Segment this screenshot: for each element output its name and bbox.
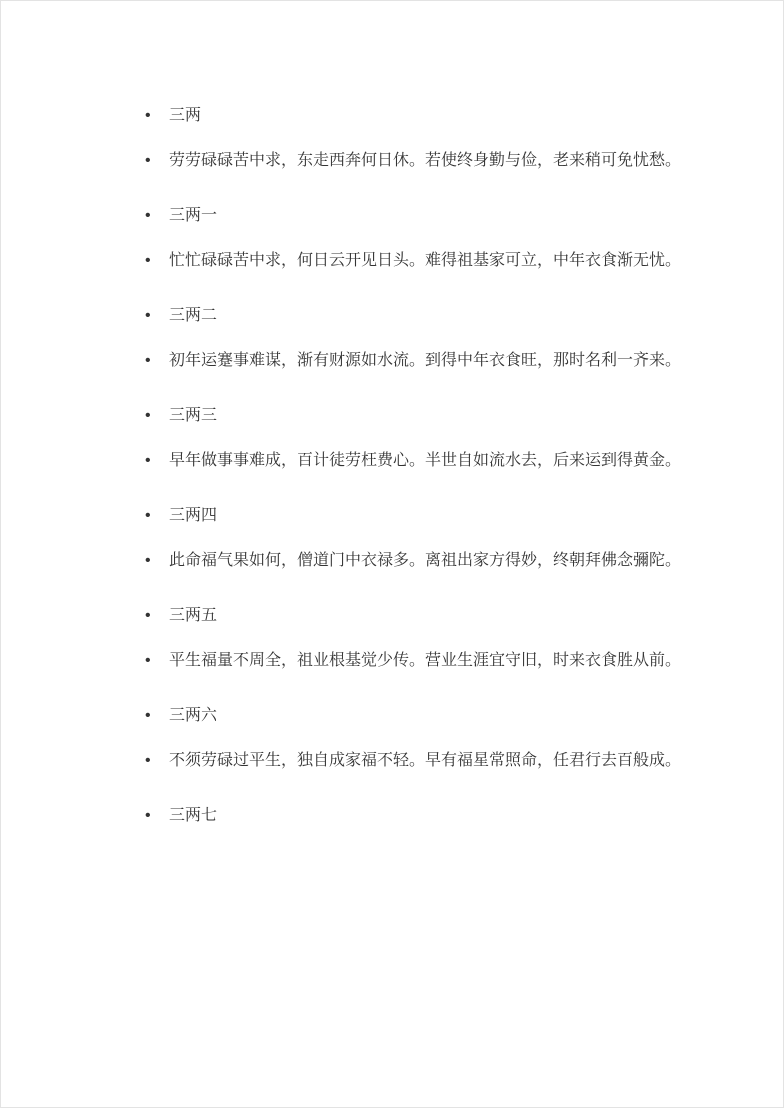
entry-verse: 此命福气果如何，僧道门中衣禄多。离祖出家方得妙，终朝拜佛念彌陀。 [169,552,681,569]
bullet-icon: • [145,650,161,671]
entry-verse: 初年运蹇事难谋，渐有财源如水流。到得中年衣食旺，那时名利一齐来。 [169,352,681,369]
entry-verse-row: • 忙忙碌碌苦中求，何日云开见日头。难得祖基家可立，中年衣食渐无忧。 [143,250,743,271]
entry-verse-row: • 劳劳碌碌苦中求，东走西奔何日休。若使终身勤与俭，老来稍可免忧愁。 [143,150,743,171]
bullet-icon: • [145,350,161,371]
fortune-entry: • 三两 • 劳劳碌碌苦中求，东走西奔何日休。若使终身勤与俭，老来稍可免忧愁。 [143,105,743,171]
bullet-icon: • [145,205,161,226]
entry-heading: 三两三 [169,407,217,424]
entry-heading-row: • 三两五 [143,605,743,626]
bullet-icon: • [145,150,161,171]
entry-heading-row: • 三两二 [143,305,743,326]
entry-heading-row: • 三两六 [143,705,743,726]
entry-verse-row: • 此命福气果如何，僧道门中衣禄多。离祖出家方得妙，终朝拜佛念彌陀。 [143,550,743,571]
entry-heading: 三两六 [169,707,217,724]
bullet-icon: • [145,405,161,426]
fortune-entry: • 三两一 • 忙忙碌碌苦中求，何日云开见日头。难得祖基家可立，中年衣食渐无忧。 [143,205,743,271]
entry-verse: 忙忙碌碌苦中求，何日云开见日头。难得祖基家可立，中年衣食渐无忧。 [169,252,681,269]
bullet-icon: • [145,805,161,826]
fortune-entry: • 三两七 [143,805,743,826]
fortune-entry: • 三两六 • 不须劳碌过平生，独自成家福不轻。早有福星常照命，任君行去百般成。 [143,705,743,771]
entry-heading: 三两七 [169,807,217,824]
bullet-icon: • [145,705,161,726]
entry-verse-row: • 初年运蹇事难谋，渐有财源如水流。到得中年衣食旺，那时名利一齐来。 [143,350,743,371]
entry-verse-row: • 平生福量不周全，祖业根基觉少传。营业生涯宜守旧，时来衣食胜从前。 [143,650,743,671]
entry-heading-row: • 三两三 [143,405,743,426]
entry-verse: 早年做事事难成，百计徒劳枉费心。半世自如流水去，后来运到得黄金。 [169,452,681,469]
entry-verse: 不须劳碌过平生，独自成家福不轻。早有福星常照命，任君行去百般成。 [169,752,681,769]
bullet-icon: • [145,105,161,126]
entry-verse-row: • 不须劳碌过平生，独自成家福不轻。早有福星常照命，任君行去百般成。 [143,750,743,771]
bullet-icon: • [145,250,161,271]
entry-verse: 平生福量不周全，祖业根基觉少传。营业生涯宜守旧，时来衣食胜从前。 [169,652,681,669]
entry-heading-row: • 三两一 [143,205,743,226]
bullet-icon: • [145,450,161,471]
entry-heading: 三两四 [169,507,217,524]
fortune-entry: • 三两三 • 早年做事事难成，百计徒劳枉费心。半世自如流水去，后来运到得黄金。 [143,405,743,471]
document-page: • 三两 • 劳劳碌碌苦中求，东走西奔何日休。若使终身勤与俭，老来稍可免忧愁。 … [0,0,784,1108]
bullet-icon: • [145,605,161,626]
bullet-icon: • [145,505,161,526]
bullet-icon: • [145,750,161,771]
entry-heading-row: • 三两四 [143,505,743,526]
entry-verse-row: • 早年做事事难成，百计徒劳枉费心。半世自如流水去，后来运到得黄金。 [143,450,743,471]
fortune-entry: • 三两二 • 初年运蹇事难谋，渐有财源如水流。到得中年衣食旺，那时名利一齐来。 [143,305,743,371]
entry-heading-row: • 三两 [143,105,743,126]
entry-heading: 三两二 [169,307,217,324]
entry-heading-row: • 三两七 [143,805,743,826]
fortune-entry: • 三两五 • 平生福量不周全，祖业根基觉少传。营业生涯宜守旧，时来衣食胜从前。 [143,605,743,671]
bullet-icon: • [145,305,161,326]
entry-heading: 三两五 [169,607,217,624]
fortune-entry: • 三两四 • 此命福气果如何，僧道门中衣禄多。离祖出家方得妙，终朝拜佛念彌陀。 [143,505,743,571]
entry-verse: 劳劳碌碌苦中求，东走西奔何日休。若使终身勤与俭，老来稍可免忧愁。 [169,152,681,169]
bullet-icon: • [145,550,161,571]
entry-heading: 三两一 [169,207,217,224]
entry-heading: 三两 [169,107,201,124]
